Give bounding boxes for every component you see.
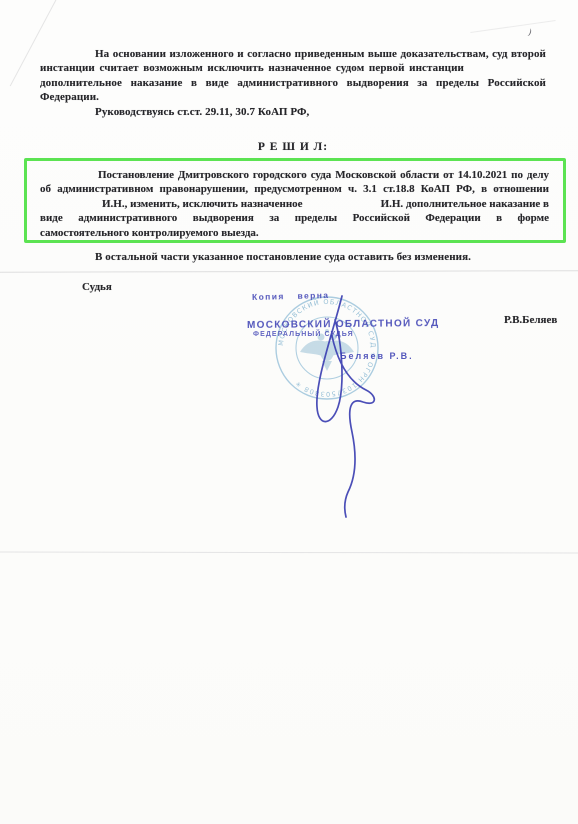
redacted-name-gap	[40, 206, 102, 207]
text-line: об административном правонарушении, пред…	[40, 182, 549, 196]
paper-crease	[0, 551, 578, 553]
official-name-stamp: Беляев Р.В.	[340, 351, 414, 361]
court-name-stamp: МОСКОВСКИЙ ОБЛАСТНОЙ СУД	[247, 318, 440, 331]
text-segment: И.Н. дополнительное наказание в	[381, 198, 549, 210]
judge-name: Р.В.Беляев	[504, 314, 557, 326]
official-title-stamp: ФЕДЕРАЛЬНЫЙ СУДЬЯ	[253, 331, 354, 338]
text-line: виде административного выдворения за пре…	[40, 211, 549, 225]
redacted-name-gap	[303, 206, 381, 207]
paper-crease	[470, 20, 555, 33]
text-segment: На основании изложенного и согласно прив…	[95, 48, 546, 60]
paragraph-basis: На основании изложенного и согласно прив…	[40, 47, 546, 119]
paragraph-remainder: В остальной части указанное постановлени…	[40, 250, 546, 264]
copy-valid-stamp: Копия верна	[252, 290, 330, 302]
scan-artifact-mark	[525, 27, 532, 36]
text-segment: В остальной части указанное постановлени…	[95, 251, 471, 263]
text-line: самостоятельного контролируемого выезда.	[40, 226, 549, 240]
scanned-court-document: На основании изложенного и согласно прив…	[0, 0, 578, 824]
text-segment: Руководствуясь ст.ст. 29.11, 30.7 КоАП Р…	[95, 106, 309, 118]
highlight-annotation-box: Постановление Дмитровского городского су…	[24, 158, 566, 243]
text-line-with-redaction: И.Н., изменить, исключить назначенноеИ.Н…	[40, 197, 549, 211]
paper-crease	[0, 270, 578, 273]
resolution-heading: Р Е Ш И Л:	[40, 141, 546, 153]
ruling-paragraph: Постановление Дмитровского городского су…	[40, 168, 549, 240]
text-segment: дополнительное наказание в виде админист…	[40, 77, 546, 89]
text-line: Федерации.	[40, 90, 546, 104]
text-segment: самостоятельного контролируемого выезда.	[40, 227, 259, 239]
text-segment: Постановление Дмитровского городского су…	[98, 169, 549, 181]
redacted-name-gap	[464, 70, 546, 71]
judge-label: Судья	[82, 281, 112, 293]
initials: И.Н., изменить, исключить назначенное	[102, 198, 303, 210]
text-line: В остальной части указанное постановлени…	[40, 250, 546, 264]
text-line: дополнительное наказание в виде админист…	[40, 76, 546, 90]
court-seal: МОСКОВСКИЙ ОБЛАСТНОЙ СУД ✳ ОГРН 10375038…	[269, 290, 385, 406]
text-line: Постановление Дмитровского городского су…	[40, 168, 549, 182]
text-segment: виде административного выдворения за пре…	[40, 212, 549, 224]
text-segment: Федерации.	[40, 91, 99, 103]
text-line: На основании изложенного и согласно прив…	[40, 47, 546, 61]
paragraph-guided-by: Руководствуясь ст.ст. 29.11, 30.7 КоАП Р…	[40, 105, 546, 119]
text-segment: инстанции считает возможным исключить на…	[40, 62, 464, 74]
text-line-with-redaction: инстанции считает возможным исключить на…	[40, 61, 546, 75]
judge-signature	[0, 0, 578, 824]
text-segment: об административном правонарушении, пред…	[40, 183, 549, 195]
